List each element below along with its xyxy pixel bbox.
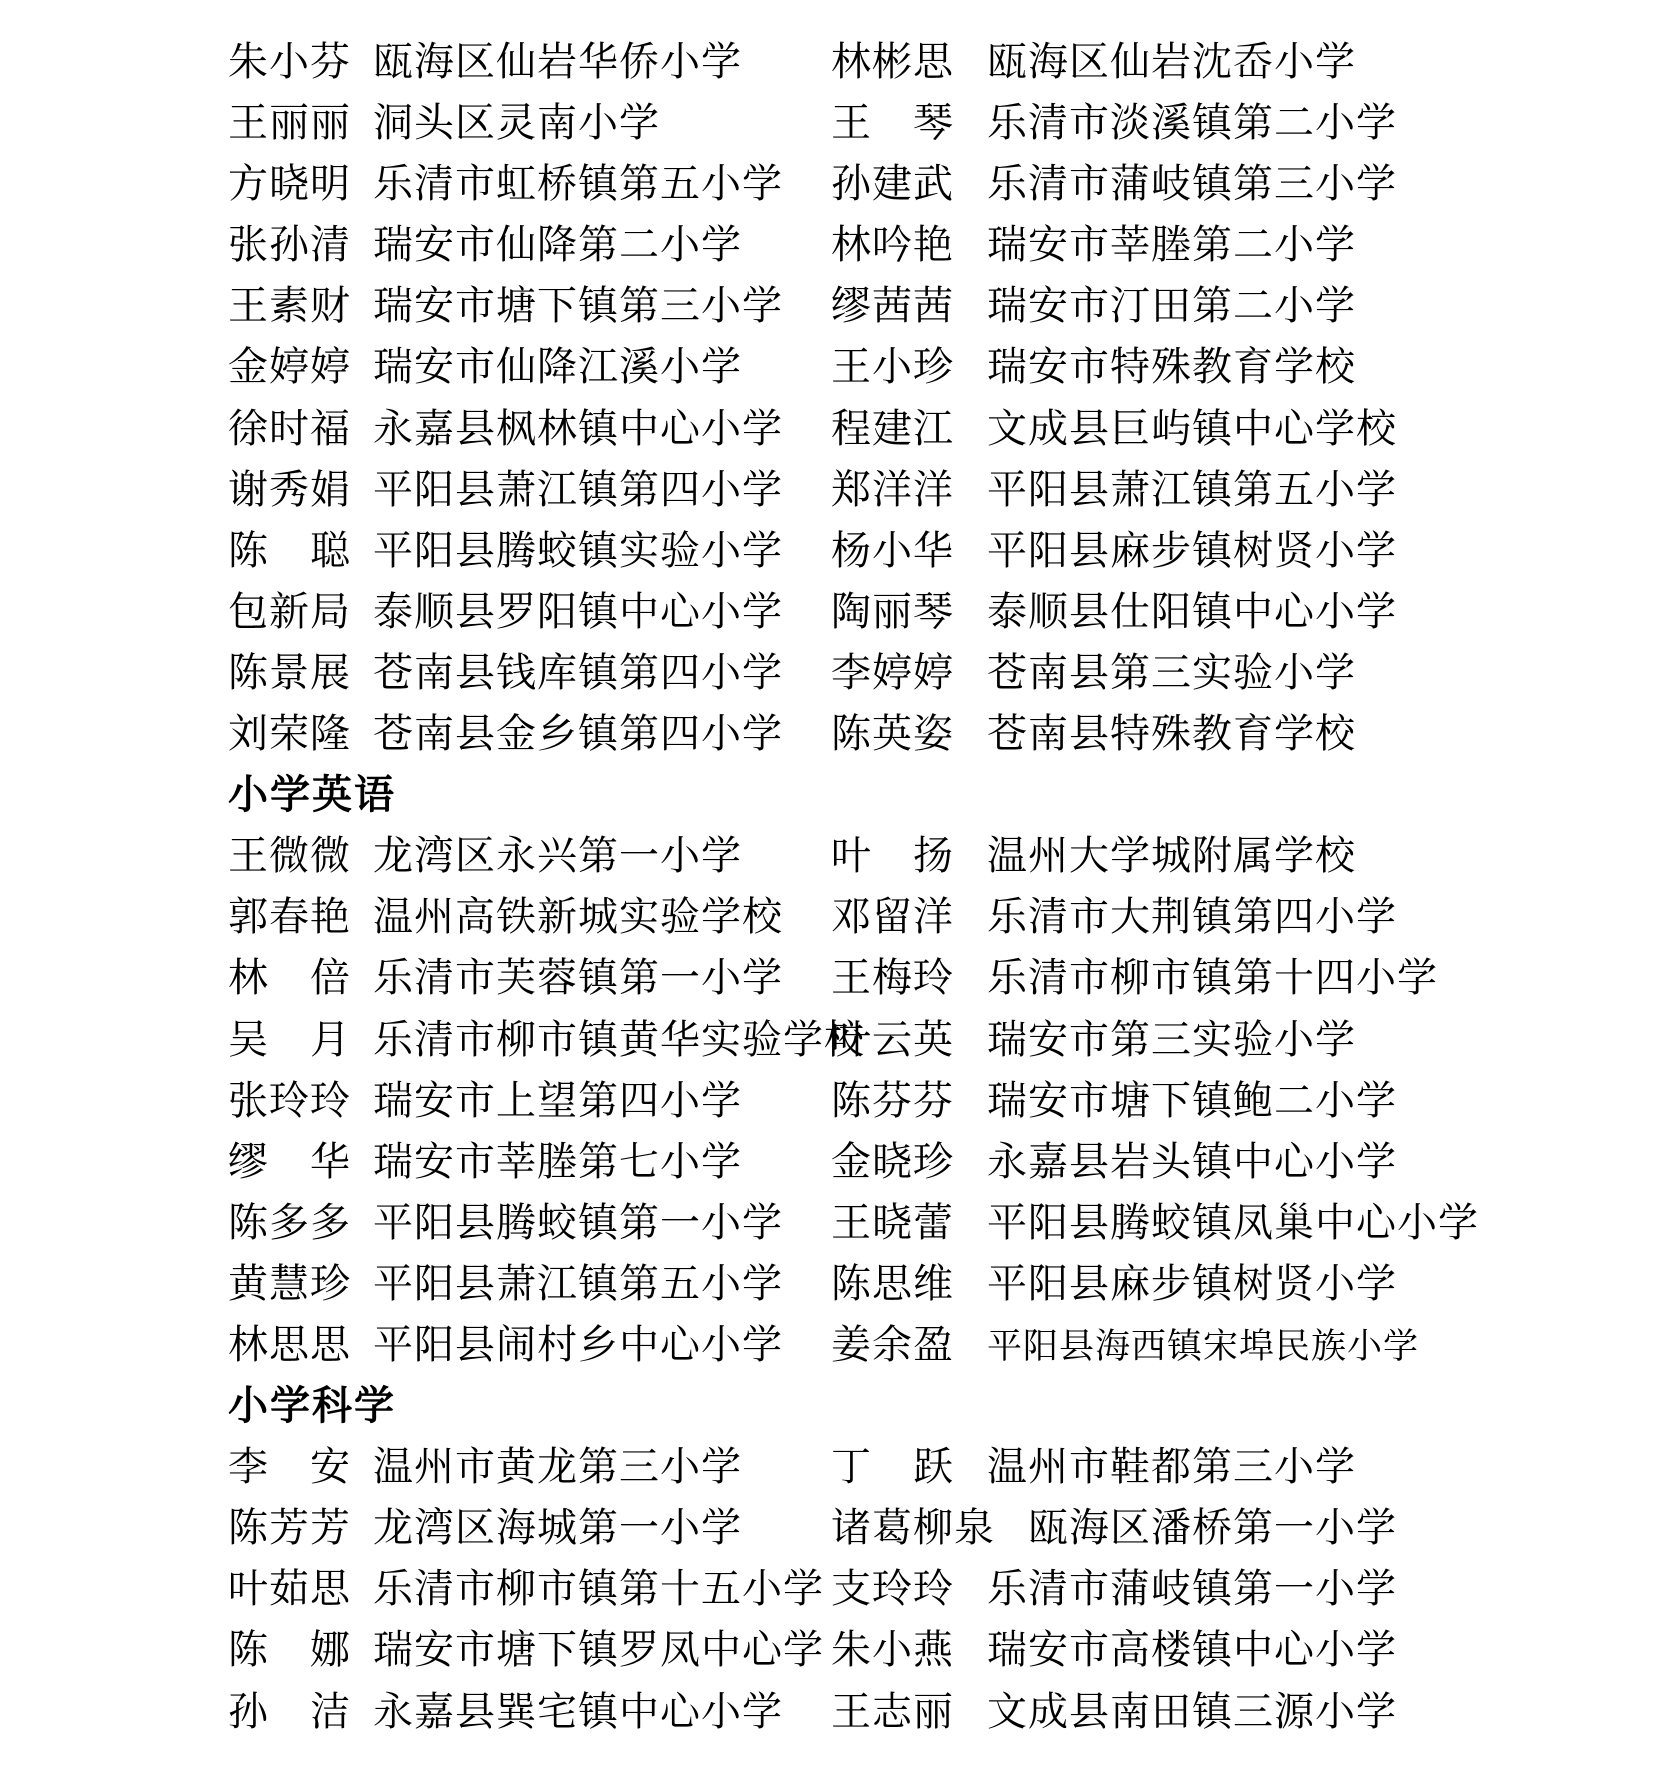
left-entry: 徐时福永嘉县枫林镇中心小学 — [228, 398, 783, 459]
left-entry: 谢秀娟平阳县萧江镇第四小学 — [228, 459, 783, 520]
school-name: 乐清市柳市镇第十四小学 — [987, 955, 1438, 1000]
teacher-name: 王志丽 — [831, 1681, 954, 1742]
left-entry: 金婷婷瑞安市仙降江溪小学 — [228, 336, 742, 397]
left-entry: 郭春艳温州高铁新城实验学校 — [228, 886, 783, 947]
teacher-name: 陶丽琴 — [831, 581, 954, 642]
school-name: 温州大学城附属学校 — [987, 833, 1356, 878]
roster-row: 张玲玲瑞安市上望第四小学陈芬芬瑞安市塘下镇鲍二小学 — [0, 1070, 1654, 1131]
left-entry: 王微微龙湾区永兴第一小学 — [228, 825, 742, 886]
left-entry: 李 安温州市黄龙第三小学 — [228, 1436, 742, 1497]
roster-row: 谢秀娟平阳县萧江镇第四小学郑洋洋平阳县萧江镇第五小学 — [0, 459, 1654, 520]
school-name: 乐清市柳市镇黄华实验学校 — [373, 1017, 865, 1062]
school-name: 瑞安市塘下镇第三小学 — [373, 283, 783, 328]
left-entry: 陈景展苍南县钱库镇第四小学 — [228, 642, 783, 703]
school-name: 平阳县萧江镇第五小学 — [373, 1261, 783, 1306]
roster-row: 黄慧珍平阳县萧江镇第五小学陈思维平阳县麻步镇树贤小学 — [0, 1253, 1654, 1314]
left-entry: 黄慧珍平阳县萧江镇第五小学 — [228, 1253, 783, 1314]
school-name: 瓯海区潘桥第一小学 — [1028, 1505, 1397, 1550]
roster-row: 林思思平阳县闹村乡中心小学姜余盈平阳县海西镇宋埠民族小学 — [0, 1314, 1654, 1375]
roster-row: 吴 月乐清市柳市镇黄华实验学校叶云英瑞安市第三实验小学 — [0, 1009, 1654, 1070]
teacher-name: 李 安 — [228, 1436, 351, 1497]
right-entry: 朱小燕瑞安市高楼镇中心小学 — [831, 1619, 1397, 1680]
roster-row: 李 安温州市黄龙第三小学丁 跃温州市鞋都第三小学 — [0, 1436, 1654, 1497]
roster-row: 陈多多平阳县腾蛟镇第一小学王晓蕾平阳县腾蛟镇凤巢中心小学 — [0, 1192, 1654, 1253]
right-entry: 金晓珍永嘉县岩头镇中心小学 — [831, 1131, 1397, 1192]
roster-row: 方晓明乐清市虹桥镇第五小学孙建武乐清市蒲岐镇第三小学 — [0, 153, 1654, 214]
teacher-name: 吴 月 — [228, 1009, 351, 1070]
school-name: 文成县巨屿镇中心学校 — [987, 406, 1397, 451]
school-name: 平阳县腾蛟镇实验小学 — [373, 528, 783, 573]
teacher-name: 张玲玲 — [228, 1070, 351, 1131]
left-entry: 王丽丽洞头区灵南小学 — [228, 92, 660, 153]
school-name: 温州高铁新城实验学校 — [373, 894, 783, 939]
teacher-name: 王素财 — [228, 275, 351, 336]
left-entry: 包新局泰顺县罗阳镇中心小学 — [228, 581, 783, 642]
teacher-name: 陈景展 — [228, 642, 351, 703]
school-name: 苍南县钱库镇第四小学 — [373, 650, 783, 695]
school-name: 平阳县萧江镇第五小学 — [987, 467, 1397, 512]
school-name: 苍南县金乡镇第四小学 — [373, 711, 783, 756]
right-entry: 陈芬芬瑞安市塘下镇鲍二小学 — [831, 1070, 1397, 1131]
right-entry: 王 琴乐清市淡溪镇第二小学 — [831, 92, 1397, 153]
roster-row: 陈芳芳龙湾区海城第一小学诸葛柳泉瓯海区潘桥第一小学 — [0, 1497, 1654, 1558]
right-entry: 叶云英瑞安市第三实验小学 — [831, 1009, 1356, 1070]
roster-row: 孙 洁永嘉县巽宅镇中心小学王志丽文成县南田镇三源小学 — [0, 1681, 1654, 1742]
school-name: 平阳县麻步镇树贤小学 — [987, 528, 1397, 573]
right-entry: 陈思维平阳县麻步镇树贤小学 — [831, 1253, 1397, 1314]
school-name: 瑞安市莘塍第二小学 — [987, 222, 1356, 267]
right-entry: 郑洋洋平阳县萧江镇第五小学 — [831, 459, 1397, 520]
left-entry: 吴 月乐清市柳市镇黄华实验学校 — [228, 1009, 865, 1070]
school-name: 乐清市大荆镇第四小学 — [987, 894, 1397, 939]
teacher-name: 邓留洋 — [831, 886, 954, 947]
school-name: 平阳县腾蛟镇第一小学 — [373, 1200, 783, 1245]
teacher-name: 叶云英 — [831, 1009, 954, 1070]
teacher-name: 陈思维 — [831, 1253, 954, 1314]
school-name: 苍南县特殊教育学校 — [987, 711, 1356, 756]
teacher-name: 方晓明 — [228, 153, 351, 214]
roster-row: 陈 娜瑞安市塘下镇罗凤中心学朱小燕瑞安市高楼镇中心小学 — [0, 1619, 1654, 1680]
right-entry: 陶丽琴泰顺县仕阳镇中心小学 — [831, 581, 1397, 642]
left-entry: 陈 娜瑞安市塘下镇罗凤中心学 — [228, 1619, 824, 1680]
teacher-name: 叶茹思 — [228, 1558, 351, 1619]
teacher-name: 林思思 — [228, 1314, 351, 1375]
school-name: 瓯海区仙岩华侨小学 — [373, 39, 742, 84]
school-name: 温州市黄龙第三小学 — [373, 1444, 742, 1489]
teacher-name: 黄慧珍 — [228, 1253, 351, 1314]
roster-row: 陈 聪平阳县腾蛟镇实验小学杨小华平阳县麻步镇树贤小学 — [0, 520, 1654, 581]
school-name: 龙湾区永兴第一小学 — [373, 833, 742, 878]
teacher-name: 陈 娜 — [228, 1619, 351, 1680]
school-name: 洞头区灵南小学 — [373, 100, 660, 145]
teacher-name: 王晓蕾 — [831, 1192, 954, 1253]
teacher-name: 王梅玲 — [831, 947, 954, 1008]
right-entry: 王梅玲乐清市柳市镇第十四小学 — [831, 947, 1438, 1008]
right-entry: 诸葛柳泉瓯海区潘桥第一小学 — [831, 1497, 1397, 1558]
right-entry: 孙建武乐清市蒲岐镇第三小学 — [831, 153, 1397, 214]
teacher-name: 孙建武 — [831, 153, 954, 214]
school-name: 平阳县海西镇宋埠民族小学 — [987, 1327, 1419, 1366]
roster-section: 小学英语王微微龙湾区永兴第一小学叶 扬温州大学城附属学校郭春艳温州高铁新城实验学… — [0, 764, 1654, 1375]
roster-row: 林 倍乐清市芙蓉镇第一小学王梅玲乐清市柳市镇第十四小学 — [0, 947, 1654, 1008]
teacher-name: 金晓珍 — [831, 1131, 954, 1192]
school-name: 乐清市蒲岐镇第一小学 — [987, 1566, 1397, 1611]
roster-row: 王微微龙湾区永兴第一小学叶 扬温州大学城附属学校 — [0, 825, 1654, 886]
teacher-name: 程建江 — [831, 398, 954, 459]
school-name: 瑞安市塘下镇罗凤中心学 — [373, 1627, 824, 1672]
school-name: 乐清市虹桥镇第五小学 — [373, 161, 783, 206]
teacher-name: 谢秀娟 — [228, 459, 351, 520]
left-entry: 陈芳芳龙湾区海城第一小学 — [228, 1497, 742, 1558]
left-entry: 陈多多平阳县腾蛟镇第一小学 — [228, 1192, 783, 1253]
roster-row: 包新局泰顺县罗阳镇中心小学陶丽琴泰顺县仕阳镇中心小学 — [0, 581, 1654, 642]
right-entry: 缪茜茜瑞安市汀田第二小学 — [831, 275, 1356, 336]
school-name: 瑞安市特殊教育学校 — [987, 344, 1356, 389]
roster-row: 徐时福永嘉县枫林镇中心小学程建江文成县巨屿镇中心学校 — [0, 398, 1654, 459]
school-name: 乐清市芙蓉镇第一小学 — [373, 955, 783, 1000]
roster-section: 朱小芬瓯海区仙岩华侨小学林彬思瓯海区仙岩沈岙小学王丽丽洞头区灵南小学王 琴乐清市… — [0, 31, 1654, 764]
school-name: 龙湾区海城第一小学 — [373, 1505, 742, 1550]
left-entry: 林思思平阳县闹村乡中心小学 — [228, 1314, 783, 1375]
teacher-name: 陈芬芬 — [831, 1070, 954, 1131]
left-entry: 林 倍乐清市芙蓉镇第一小学 — [228, 947, 783, 1008]
roster-row: 朱小芬瓯海区仙岩华侨小学林彬思瓯海区仙岩沈岙小学 — [0, 31, 1654, 92]
school-name: 泰顺县仕阳镇中心小学 — [987, 589, 1397, 634]
roster-row: 叶茹思乐清市柳市镇第十五小学支玲玲乐清市蒲岐镇第一小学 — [0, 1558, 1654, 1619]
left-entry: 叶茹思乐清市柳市镇第十五小学 — [228, 1558, 824, 1619]
right-entry: 林吟艳瑞安市莘塍第二小学 — [831, 214, 1356, 275]
teacher-name: 姜余盈 — [831, 1314, 954, 1375]
school-name: 瑞安市莘塍第七小学 — [373, 1139, 742, 1184]
school-name: 瑞安市高楼镇中心小学 — [987, 1627, 1397, 1672]
school-name: 温州市鞋都第三小学 — [987, 1444, 1356, 1489]
teacher-name: 缪茜茜 — [831, 275, 954, 336]
roster-row: 王丽丽洞头区灵南小学王 琴乐清市淡溪镇第二小学 — [0, 92, 1654, 153]
school-name: 平阳县麻步镇树贤小学 — [987, 1261, 1397, 1306]
right-entry: 程建江文成县巨屿镇中心学校 — [831, 398, 1397, 459]
right-entry: 陈英姿苍南县特殊教育学校 — [831, 703, 1356, 764]
school-name: 乐清市蒲岐镇第三小学 — [987, 161, 1397, 206]
school-name: 泰顺县罗阳镇中心小学 — [373, 589, 783, 634]
teacher-name: 陈芳芳 — [228, 1497, 351, 1558]
teacher-name: 陈多多 — [228, 1192, 351, 1253]
left-entry: 缪 华瑞安市莘塍第七小学 — [228, 1131, 742, 1192]
teacher-name: 金婷婷 — [228, 336, 351, 397]
right-entry: 林彬思瓯海区仙岩沈岙小学 — [831, 31, 1356, 92]
teacher-name: 包新局 — [228, 581, 351, 642]
school-name: 永嘉县巽宅镇中心小学 — [373, 1689, 783, 1734]
right-entry: 王小珍瑞安市特殊教育学校 — [831, 336, 1356, 397]
school-name: 苍南县第三实验小学 — [987, 650, 1356, 695]
left-entry: 方晓明乐清市虹桥镇第五小学 — [228, 153, 783, 214]
roster-section: 小学科学李 安温州市黄龙第三小学丁 跃温州市鞋都第三小学陈芳芳龙湾区海城第一小学… — [0, 1375, 1654, 1742]
school-name: 瑞安市上望第四小学 — [373, 1078, 742, 1123]
left-entry: 张玲玲瑞安市上望第四小学 — [228, 1070, 742, 1131]
school-name: 平阳县腾蛟镇凤巢中心小学 — [987, 1200, 1479, 1245]
school-name: 瑞安市仙降第二小学 — [373, 222, 742, 267]
right-entry: 王晓蕾平阳县腾蛟镇凤巢中心小学 — [831, 1192, 1479, 1253]
school-name: 平阳县萧江镇第四小学 — [373, 467, 783, 512]
school-name: 瑞安市仙降江溪小学 — [373, 344, 742, 389]
teacher-name: 缪 华 — [228, 1131, 351, 1192]
roster-row: 刘荣隆苍南县金乡镇第四小学陈英姿苍南县特殊教育学校 — [0, 703, 1654, 764]
teacher-name: 林彬思 — [831, 31, 954, 92]
roster-row: 缪 华瑞安市莘塍第七小学金晓珍永嘉县岩头镇中心小学 — [0, 1131, 1654, 1192]
left-entry: 王素财瑞安市塘下镇第三小学 — [228, 275, 783, 336]
left-entry: 陈 聪平阳县腾蛟镇实验小学 — [228, 520, 783, 581]
teacher-name: 陈 聪 — [228, 520, 351, 581]
teacher-name: 王小珍 — [831, 336, 954, 397]
school-name: 乐清市柳市镇第十五小学 — [373, 1566, 824, 1611]
right-entry: 杨小华平阳县麻步镇树贤小学 — [831, 520, 1397, 581]
right-entry: 邓留洋乐清市大荆镇第四小学 — [831, 886, 1397, 947]
teacher-name: 郭春艳 — [228, 886, 351, 947]
school-name: 永嘉县枫林镇中心小学 — [373, 406, 783, 451]
right-entry: 姜余盈平阳县海西镇宋埠民族小学 — [831, 1314, 1419, 1377]
school-name: 乐清市淡溪镇第二小学 — [987, 100, 1397, 145]
left-entry: 孙 洁永嘉县巽宅镇中心小学 — [228, 1681, 783, 1742]
school-name: 平阳县闹村乡中心小学 — [373, 1322, 783, 1367]
right-entry: 丁 跃温州市鞋都第三小学 — [831, 1436, 1356, 1497]
teacher-name: 王微微 — [228, 825, 351, 886]
roster-row: 王素财瑞安市塘下镇第三小学缪茜茜瑞安市汀田第二小学 — [0, 275, 1654, 336]
school-name: 瑞安市第三实验小学 — [987, 1017, 1356, 1062]
teacher-name: 李婷婷 — [831, 642, 954, 703]
teacher-name: 林 倍 — [228, 947, 351, 1008]
left-entry: 朱小芬瓯海区仙岩华侨小学 — [228, 31, 742, 92]
teacher-name: 孙 洁 — [228, 1681, 351, 1742]
teacher-name: 诸葛柳泉 — [831, 1497, 995, 1558]
roster-row: 陈景展苍南县钱库镇第四小学李婷婷苍南县第三实验小学 — [0, 642, 1654, 703]
teacher-name: 王丽丽 — [228, 92, 351, 153]
teacher-name: 徐时福 — [228, 398, 351, 459]
left-entry: 刘荣隆苍南县金乡镇第四小学 — [228, 703, 783, 764]
school-name: 瑞安市汀田第二小学 — [987, 283, 1356, 328]
teacher-name: 刘荣隆 — [228, 703, 351, 764]
teacher-name: 朱小燕 — [831, 1619, 954, 1680]
school-name: 瑞安市塘下镇鲍二小学 — [987, 1078, 1397, 1123]
teacher-name: 杨小华 — [831, 520, 954, 581]
teacher-name: 朱小芬 — [228, 31, 351, 92]
section-header: 小学科学 — [0, 1375, 1654, 1436]
teacher-name: 支玲玲 — [831, 1558, 954, 1619]
right-entry: 支玲玲乐清市蒲岐镇第一小学 — [831, 1558, 1397, 1619]
left-entry: 张孙清瑞安市仙降第二小学 — [228, 214, 742, 275]
right-entry: 叶 扬温州大学城附属学校 — [831, 825, 1356, 886]
right-entry: 李婷婷苍南县第三实验小学 — [831, 642, 1356, 703]
right-entry: 王志丽文成县南田镇三源小学 — [831, 1681, 1397, 1742]
school-name: 瓯海区仙岩沈岙小学 — [987, 39, 1356, 84]
teacher-name: 郑洋洋 — [831, 459, 954, 520]
roster-row: 郭春艳温州高铁新城实验学校邓留洋乐清市大荆镇第四小学 — [0, 886, 1654, 947]
school-name: 永嘉县岩头镇中心小学 — [987, 1139, 1397, 1184]
teacher-name: 林吟艳 — [831, 214, 954, 275]
teacher-name: 张孙清 — [228, 214, 351, 275]
school-name: 文成县南田镇三源小学 — [987, 1689, 1397, 1734]
teacher-name: 叶 扬 — [831, 825, 954, 886]
teacher-name: 王 琴 — [831, 92, 954, 153]
roster-row: 金婷婷瑞安市仙降江溪小学王小珍瑞安市特殊教育学校 — [0, 336, 1654, 397]
teacher-roster-page: 朱小芬瓯海区仙岩华侨小学林彬思瓯海区仙岩沈岙小学王丽丽洞头区灵南小学王 琴乐清市… — [0, 31, 1654, 1742]
teacher-name: 丁 跃 — [831, 1436, 954, 1497]
section-header: 小学英语 — [0, 764, 1654, 825]
teacher-name: 陈英姿 — [831, 703, 954, 764]
roster-row: 张孙清瑞安市仙降第二小学林吟艳瑞安市莘塍第二小学 — [0, 214, 1654, 275]
